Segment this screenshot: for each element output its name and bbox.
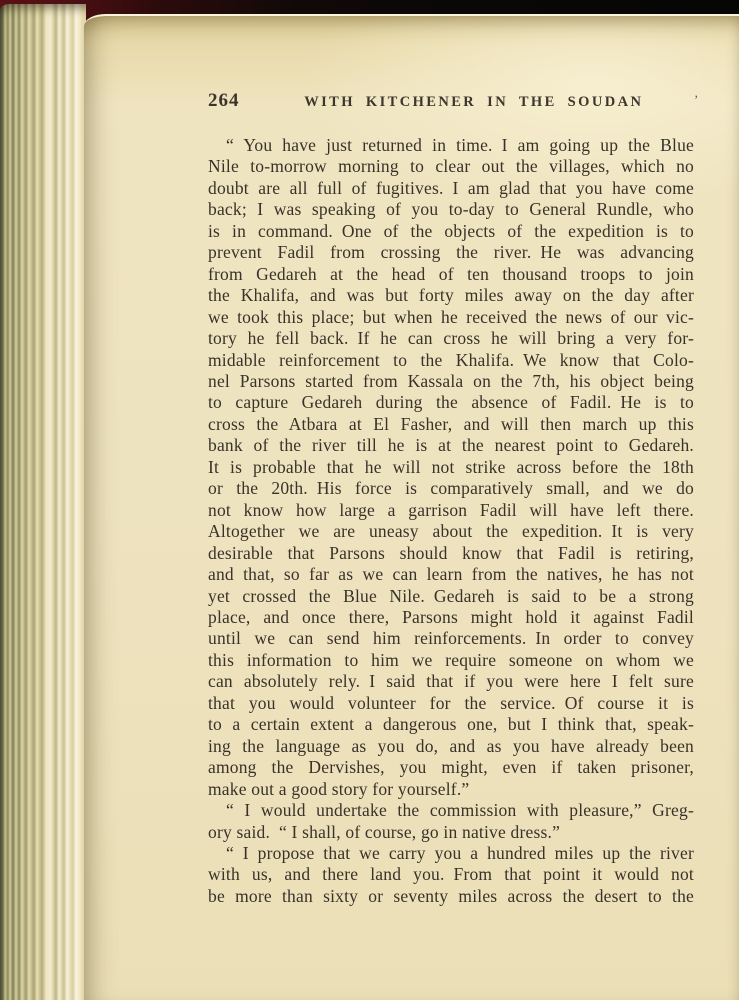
book-page: 264 WITH KITCHENER IN THE SOUDAN “ You h… xyxy=(84,14,739,1000)
text-line: this information to him we require someo… xyxy=(208,650,694,671)
page-number: 264 xyxy=(208,90,240,112)
page-stack-edges xyxy=(0,4,86,1000)
text-line: midable reinforcement to the Khalifa. We… xyxy=(208,350,694,371)
text-line: “ I propose that we carry you a hundred … xyxy=(208,843,694,864)
text-line: bank of the river till he is at the near… xyxy=(208,435,694,456)
text-line: ing the language as you do, and as you h… xyxy=(208,736,694,757)
text-line: from Gedareh at the head of ten thousand… xyxy=(208,264,694,285)
text-line: to a certain extent a dangerous one, but… xyxy=(208,714,694,735)
text-line: with us, and there land you. From that p… xyxy=(208,864,694,885)
running-title: WITH KITCHENER IN THE SOUDAN xyxy=(240,94,695,111)
text-line: until we can send him reinforcements. In… xyxy=(208,628,694,649)
body-text: “ You have just returned in time. I am g… xyxy=(208,135,694,907)
text-line: Nile to-morrow morning to clear out the … xyxy=(208,156,694,177)
text-line: “ I would undertake the commission with … xyxy=(208,800,694,821)
text-line: make out a good story for yourself.” xyxy=(208,779,694,800)
text-line: among the Dervishes, you might, even if … xyxy=(208,757,694,778)
text-line: “ You have just returned in time. I am g… xyxy=(208,135,694,156)
text-line: and that, so far as we can learn from th… xyxy=(208,564,694,585)
ink-speck: ’ xyxy=(694,92,698,108)
text-line: can absolutely rely. I said that if you … xyxy=(208,671,694,692)
book-photograph: 264 WITH KITCHENER IN THE SOUDAN “ You h… xyxy=(0,0,739,1000)
running-head: 264 WITH KITCHENER IN THE SOUDAN xyxy=(208,90,694,112)
text-line: is in command. One of the objects of the… xyxy=(208,221,694,242)
text-line: to capture Gedareh during the absence of… xyxy=(208,392,694,413)
text-line: or the 20th. His force is comparatively … xyxy=(208,478,694,499)
text-line: not know how large a garrison Fadil will… xyxy=(208,500,694,521)
text-line: nel Parsons started from Kassala on the … xyxy=(208,371,694,392)
text-line: Altogether we are uneasy about the exped… xyxy=(208,521,694,542)
text-line: tory he fell back. If he can cross he wi… xyxy=(208,328,694,349)
text-line: be more than sixty or seventy miles acro… xyxy=(208,886,694,907)
text-line: ory said. “ I shall, of course, go in na… xyxy=(208,822,694,843)
text-line: that you would volunteer for the service… xyxy=(208,693,694,714)
text-line: we took this place; but when he received… xyxy=(208,307,694,328)
text-line: prevent Fadil from crossing the river. H… xyxy=(208,242,694,263)
text-line: yet crossed the Blue Nile. Gedareh is sa… xyxy=(208,586,694,607)
text-line: back; I was speaking of you to-day to Ge… xyxy=(208,199,694,220)
text-line: cross the Atbara at El Fasher, and will … xyxy=(208,414,694,435)
text-line: It is probable that he will not strike a… xyxy=(208,457,694,478)
text-line: desirable that Parsons should know that … xyxy=(208,543,694,564)
text-line: doubt are all full of fugitives. I am gl… xyxy=(208,178,694,199)
text-line: the Khalifa, and was but forty miles awa… xyxy=(208,285,694,306)
text-line: place, and once there, Parsons might hol… xyxy=(208,607,694,628)
